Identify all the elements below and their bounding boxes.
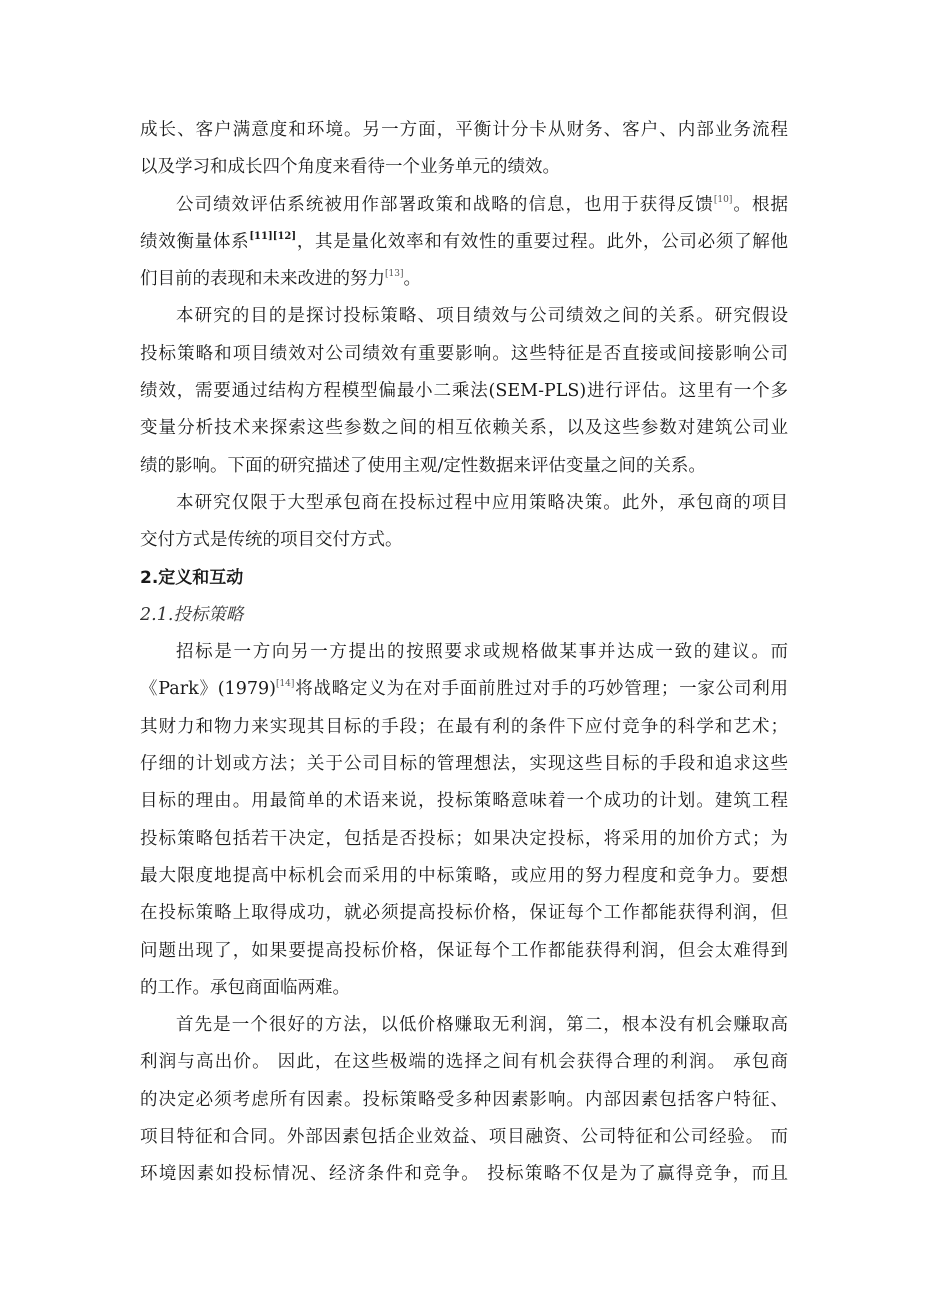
text-span: 《Park》(1979) [140,679,276,699]
text-line: 绩效衡量体系[11][12]，其是量化效率和有效性的重要过程。此外，公司必须了解… [140,224,788,261]
text-line: 问题出现了，如果要提高投标价格，保证每个工作都能获得利润，但会太难得到 [140,933,788,970]
text-line: 成长、客户满意度和环境。另一方面，平衡计分卡从财务、客户、内部业务流程 [140,112,788,149]
text-line: 公司绩效评估系统被用作部署政策和战略的信息，也用于获得反馈[10]。根据 [140,187,788,224]
text-line: 投标策略包括若干决定，包括是否投标；如果决定投标，将采用的加价方式；为 [140,821,788,858]
text-line: 绩效，需要通过结构方程模型偏最小二乘法(SEM-PLS)进行评估。这里有一个多 [140,373,788,410]
text-span: 。根据 [732,195,788,215]
text-line: 以及学习和成长四个角度来看待一个业务单元的绩效。 [140,149,788,186]
text-line: 的决定必须考虑所有因素。投标策略受多种因素影响。内部因素包括客户特征、 [140,1082,788,1119]
text-line: 首先是一个很好的方法，以低价格赚取无利润，第二，根本没有机会赚取高 [140,1007,788,1044]
text-line: 《Park》(1979)[14]将战略定义为在对手面前胜过对手的巧妙管理；一家公… [140,671,788,708]
text-line: 项目特征和合同。外部因素包括企业效益、项目融资、公司特征和公司经验。 而 [140,1119,788,1156]
text-line: 在投标策略上取得成功，就必须提高投标价格，保证每个工作都能获得利润，但 [140,895,788,932]
text-span: 。 [403,269,421,289]
document-page: 成长、客户满意度和环境。另一方面，平衡计分卡从财务、客户、内部业务流程 以及学习… [140,112,788,1194]
text-line: 变量分析技术来探索这些参数之间的相互依赖关系，以及这些参数对建筑公司业 [140,410,788,447]
text-span: 们目前的表现和未来改进的努力 [140,269,385,289]
section-heading: 2.定义和互动 [140,560,788,597]
text-line: 的工作。承包商面临两难。 [140,970,788,1007]
citation-ref: [13] [385,269,403,279]
text-span: ，其是量化效率和有效性的重要过程。此外，公司必须了解他 [296,232,788,252]
text-line: 目标的理由。用最简单的术语来说，投标策略意味着一个成功的计划。建筑工程 [140,783,788,820]
text-line: 本研究仅限于大型承包商在投标过程中应用策略决策。此外，承包商的项目 [140,485,788,522]
text-line: 利润与高出价。 因此，在这些极端的选择之间有机会获得合理的利润。 承包商 [140,1044,788,1081]
text-line: 仔细的计划或方法；关于公司目标的管理想法，实现这些目标的手段和追求这些 [140,746,788,783]
text-line: 其财力和物力来实现其目标的手段；在最有利的条件下应付竞争的科学和艺术； [140,709,788,746]
text-line: 交付方式是传统的项目交付方式。 [140,522,788,559]
text-line: 绩的影响。下面的研究描述了使用主观/定性数据来评估变量之间的关系。 [140,448,788,485]
text-line: 们目前的表现和未来改进的努力[13]。 [140,261,788,298]
text-line: 最大限度地提高中标机会而采用的中标策略，或应用的努力程度和竞争力。要想 [140,858,788,895]
text-line: 本研究的目的是探讨投标策略、项目绩效与公司绩效之间的关系。研究假设 [140,298,788,335]
text-span: 将战略定义为在对手面前胜过对手的巧妙管理；一家公司利用 [294,679,788,699]
citation-ref: [14] [276,679,294,689]
text-line: 投标策略和项目绩效对公司绩效有重要影响。这些特征是否直接或间接影响公司 [140,336,788,373]
text-span: 绩效衡量体系 [140,232,249,252]
text-line: 招标是一方向另一方提出的按照要求或规格做某事并达成一致的建议。而 [140,634,788,671]
text-line: 环境因素如投标情况、经济条件和竞争。 投标策略不仅是为了赢得竞争，而且 [140,1156,788,1193]
citation-ref: [10] [714,195,732,205]
citation-ref: [11][12] [249,231,296,242]
text-span: 公司绩效评估系统被用作部署政策和战略的信息，也用于获得反馈 [176,195,714,215]
subsection-heading: 2.1.投标策略 [140,597,788,634]
